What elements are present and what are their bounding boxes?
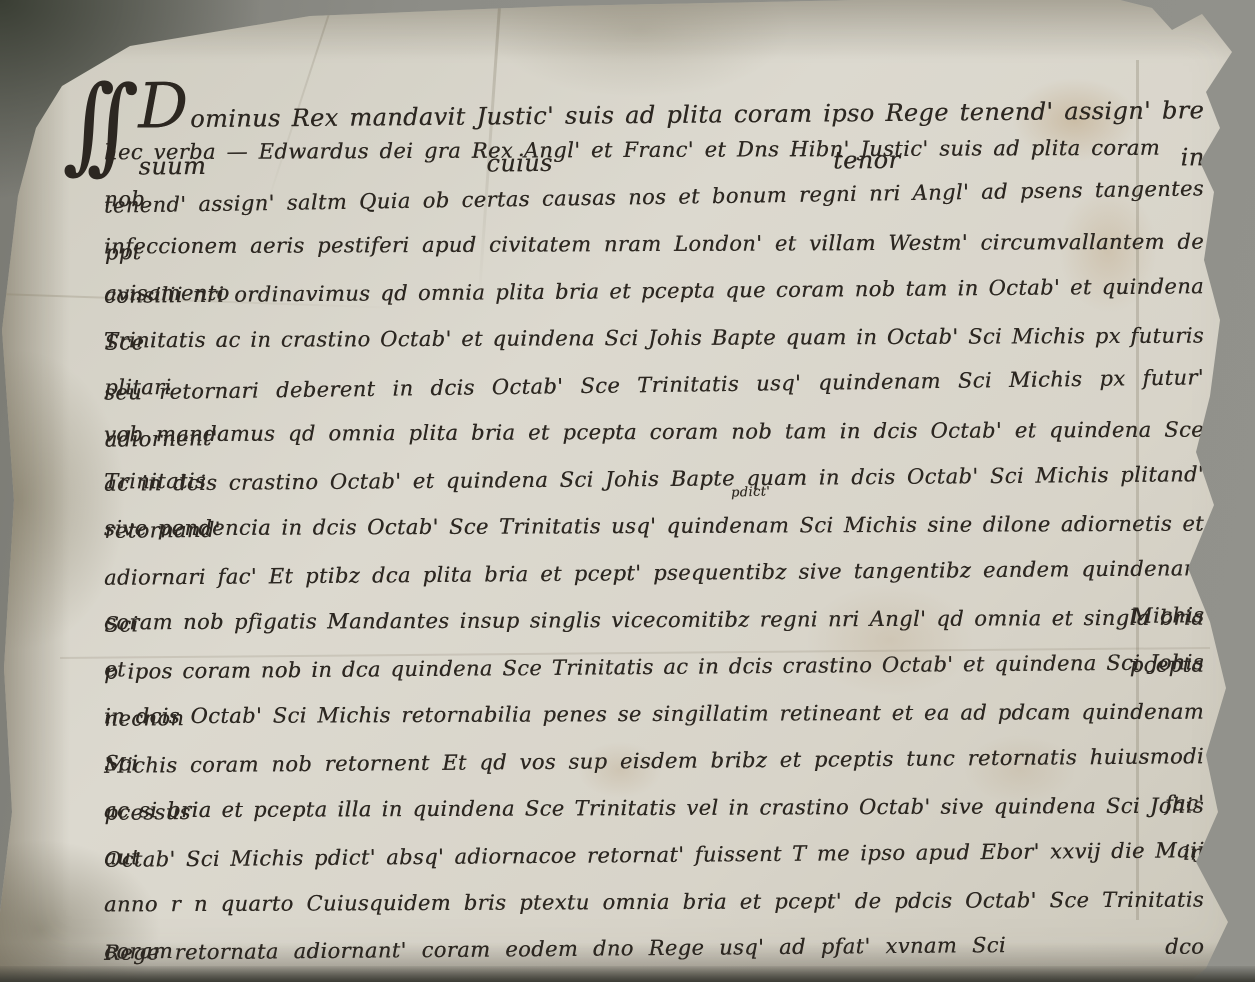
manuscript-line-15: Michis coram nob retornent Et qd vos sup… <box>104 733 1204 790</box>
manuscript-line-12: coram nob pfigatis Mandantes insup singl… <box>104 595 1204 647</box>
manuscript-line-1: Dominus Rex mandavit Justic' suis ad pli… <box>104 75 1204 132</box>
scribal-margin-mark: ℘ <box>18 103 38 131</box>
manuscript-line-14: in dcis Octab' Sci Michis retornabilia p… <box>104 689 1204 741</box>
interlinear-insertion: pdict' <box>731 484 771 500</box>
manuscript-line-4: infeccionem aeris pestiferi apud civitat… <box>104 219 1204 271</box>
manuscript-line-8: vob mandamus qd omnia plita bria et pcep… <box>104 407 1204 459</box>
manuscript-line-5: consilii nri ordinavimus qd omnia plita … <box>104 263 1204 320</box>
manuscript-line-13: p ipos coram nob in dca quindena Sce Tri… <box>104 639 1204 696</box>
manuscript-line-10: sive pendencia in dcis Octab' Sce Trinit… <box>104 501 1204 553</box>
manuscript-line-17: Octab' Sci Michis pdict' absq' adiornaco… <box>104 827 1204 884</box>
photo-shadow-bottom <box>0 966 1255 982</box>
manuscript-line-11: adiornari fac' Et ptibz dca plita bria e… <box>104 545 1204 602</box>
photograph-background: ℘ ∫∫ Dominus Rex mandavit Justic' suis a… <box>0 0 1255 982</box>
manuscript-line-18: anno r n quarto Cuiusquidem bris ptextu … <box>104 877 1204 929</box>
parchment-sheet: ℘ ∫∫ Dominus Rex mandavit Justic' suis a… <box>0 0 1255 982</box>
manuscript-line-9: ac in dcis crastino Octab' et quindena S… <box>104 451 1204 508</box>
manuscript-text-block: Dominus Rex mandavit Justic' suis ad pli… <box>104 80 1204 973</box>
manuscript-line-16: ac si bria et pcepta illa in quindena Sc… <box>104 783 1204 835</box>
